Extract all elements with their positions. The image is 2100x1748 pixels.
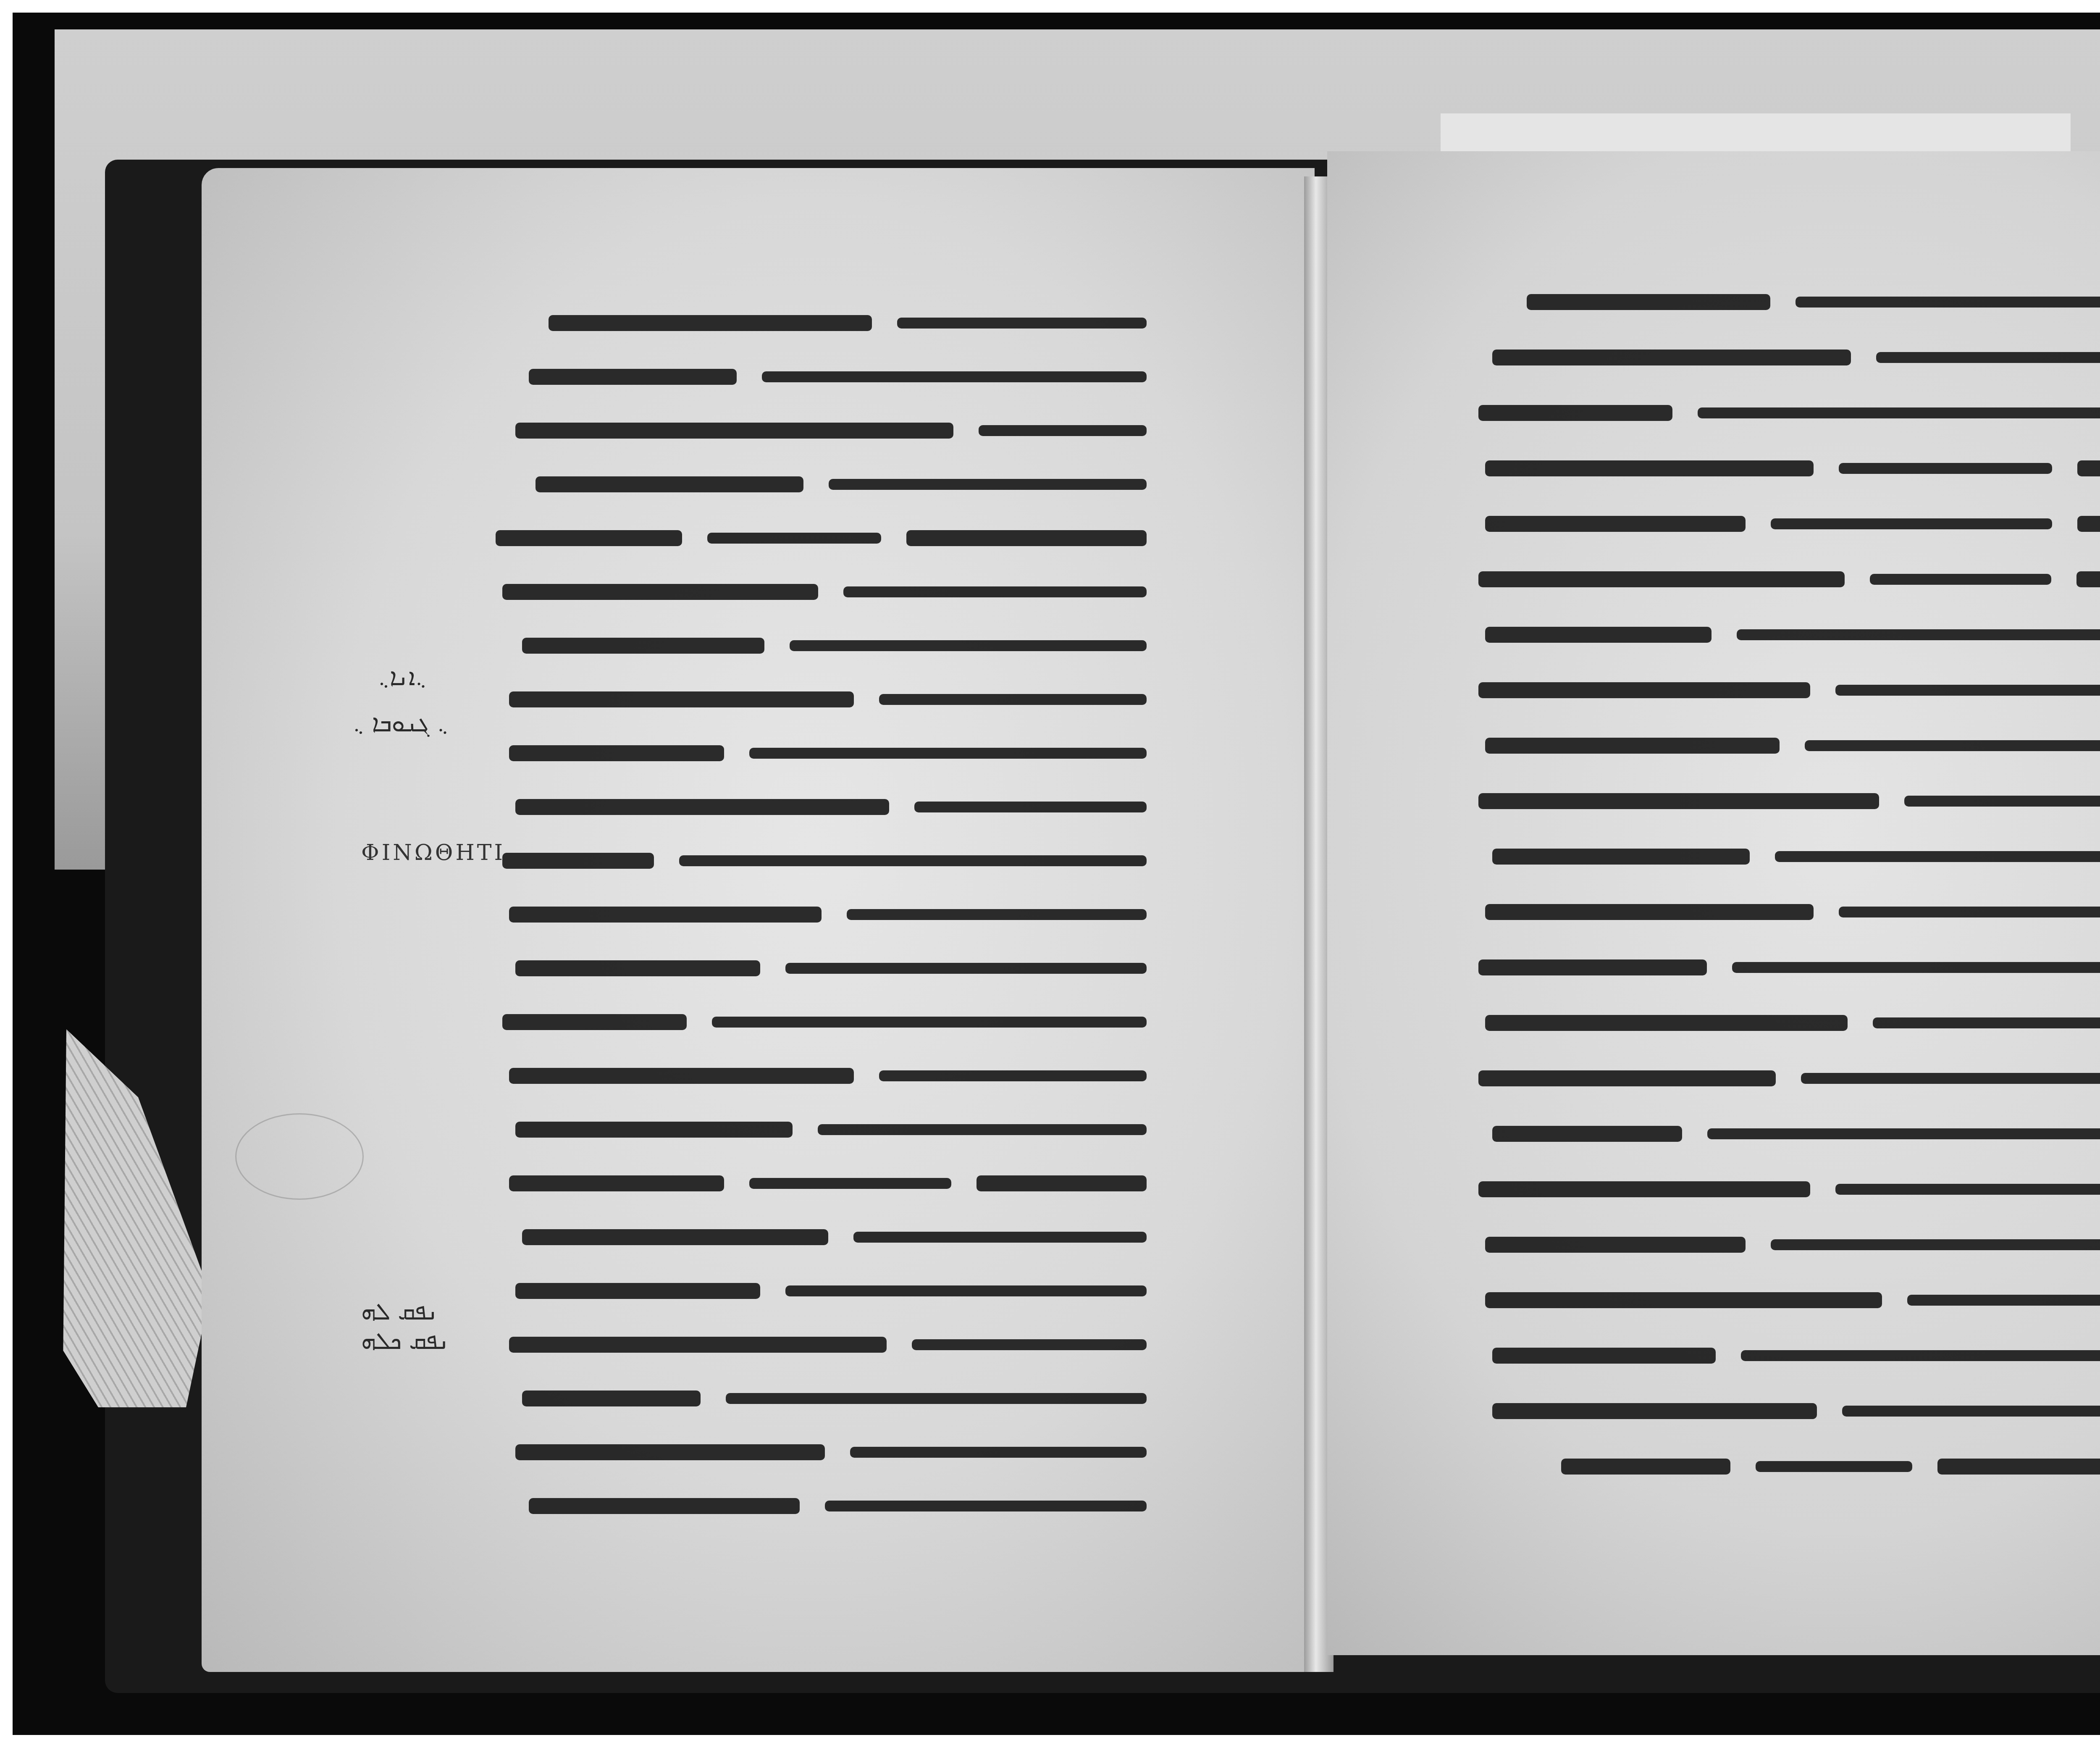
ink-word-group <box>509 745 724 761</box>
manuscript-line <box>1478 1177 2100 1201</box>
ink-word-group <box>1795 297 2100 308</box>
ink-word-group <box>509 907 822 923</box>
ink-word-group <box>509 1337 887 1353</box>
manuscript-line <box>1478 623 2100 647</box>
left-text-column <box>496 311 1159 1529</box>
manuscript-line <box>1478 512 2100 536</box>
ink-word-group <box>1732 962 2100 973</box>
ink-word-group <box>853 1232 1147 1243</box>
ink-word-group <box>818 1124 1147 1135</box>
manuscript-line <box>496 1333 1159 1357</box>
ink-word-group <box>1698 407 2100 418</box>
ink-word-group <box>515 799 889 815</box>
ink-word-group <box>1835 685 2100 696</box>
manuscript-line <box>496 418 1159 443</box>
ink-word-group <box>1876 352 2100 363</box>
ink-word-group <box>502 853 654 869</box>
right-text-column <box>1478 290 2100 1508</box>
manuscript-line <box>1478 678 2100 702</box>
ink-word-group <box>1485 904 1814 920</box>
ink-word-group <box>509 1068 854 1084</box>
ink-word-group <box>549 315 871 331</box>
ink-word-group <box>762 371 1147 382</box>
manuscript-line <box>496 687 1159 712</box>
ink-word-group <box>1478 405 1672 421</box>
manuscript-line <box>1478 567 2100 591</box>
ink-word-group <box>1485 1292 1882 1308</box>
ink-word-group <box>843 586 1147 597</box>
ink-word-group <box>785 963 1147 974</box>
ink-word-group <box>1492 1348 1716 1364</box>
ink-word-group <box>1801 1073 2100 1084</box>
manuscript-line <box>496 849 1159 873</box>
ink-word-group <box>1492 849 1750 865</box>
ink-word-group <box>749 748 1147 759</box>
ink-word-group <box>2076 571 2100 587</box>
ink-word-group <box>1907 1295 2100 1306</box>
manuscript-line <box>1478 1343 2100 1368</box>
left-page: ܆ܐܢܐ܆ ܆ ܓܢܘܒܐ ܆ ΦΙΝΩΘΗΤΙ ܢܦܩ ܠܗ ܢܦܩ ܟܠܗ <box>202 168 1315 1672</box>
ink-word-group <box>522 638 764 654</box>
manuscript-line <box>496 1225 1159 1249</box>
ink-word-group <box>850 1447 1147 1458</box>
ink-word-group <box>1492 350 1851 365</box>
manuscript-line <box>1478 789 2100 813</box>
ink-word-group <box>1870 574 2051 585</box>
manuscript-line <box>1478 1122 2100 1146</box>
ink-word-group <box>847 909 1147 920</box>
water-stain <box>235 1113 364 1200</box>
ink-word-group <box>1839 463 2052 474</box>
ink-word-group <box>2077 460 2100 476</box>
ink-word-group <box>712 1017 1147 1028</box>
ink-word-group <box>1485 460 1814 476</box>
ink-word-group <box>509 691 854 707</box>
ink-word-group <box>522 1229 828 1245</box>
manuscript-line <box>496 741 1159 765</box>
ink-word-group <box>879 694 1147 705</box>
ink-word-group <box>529 1498 800 1514</box>
ink-word-group <box>1485 738 1780 754</box>
ink-word-group <box>515 423 953 439</box>
manuscript-line <box>496 902 1159 927</box>
ink-word-group <box>979 425 1147 436</box>
ink-word-group <box>1805 740 2100 751</box>
manuscript-line <box>496 1494 1159 1518</box>
ink-word-group <box>1835 1184 2100 1195</box>
manuscript-line <box>496 1117 1159 1142</box>
manuscript-line <box>1478 456 2100 481</box>
ink-word-group <box>1707 1128 2100 1139</box>
ink-word-group <box>1485 1237 1745 1253</box>
ink-word-group <box>1842 1406 2100 1417</box>
ink-word-group <box>515 960 760 976</box>
ink-word-group <box>1737 629 2100 640</box>
manuscript-line <box>1478 844 2100 869</box>
ink-word-group <box>496 530 682 546</box>
manuscript-line <box>1478 1011 2100 1035</box>
ink-word-group <box>502 584 818 600</box>
manuscript-line <box>496 1440 1159 1464</box>
left-margin-note-1: ܆ܐܢܐ܆ <box>378 664 427 691</box>
ink-word-group <box>529 369 737 385</box>
manuscript-line <box>1478 1399 2100 1423</box>
ink-word-group <box>509 1175 724 1191</box>
manuscript-line <box>496 633 1159 658</box>
manuscript-line <box>496 526 1159 550</box>
ink-word-group <box>825 1501 1147 1511</box>
manuscript-line <box>496 1064 1159 1088</box>
manuscript-line <box>496 580 1159 604</box>
manuscript-line <box>1478 1454 2100 1479</box>
ink-word-group <box>1492 1126 1682 1142</box>
manuscript-line <box>1478 1066 2100 1091</box>
ink-word-group <box>1771 1239 2100 1250</box>
ink-word-group <box>1478 793 1879 809</box>
left-margin-note-2: ܆ ܓܢܘܒܐ ܆ <box>353 710 449 738</box>
ink-word-group <box>790 640 1147 651</box>
manuscript-line <box>496 1010 1159 1034</box>
ink-word-group <box>906 530 1147 546</box>
ink-word-group <box>1839 907 2100 917</box>
ink-word-group <box>914 802 1147 812</box>
ink-word-group <box>912 1339 1147 1350</box>
ink-word-group <box>1485 627 1711 643</box>
ink-word-group <box>1485 1015 1848 1031</box>
ink-word-group <box>1492 1403 1817 1419</box>
ink-word-group <box>976 1175 1147 1191</box>
left-margin-note-4: ܢܦܩ ܟܠܗ <box>361 1327 449 1355</box>
ink-word-group <box>726 1393 1147 1404</box>
ink-word-group <box>1478 1181 1810 1197</box>
ink-word-group <box>829 479 1147 490</box>
manuscript-line <box>496 956 1159 980</box>
right-page: ܗܘܐ ܐܝܬܝܗ ܆ ܟܬܒ ܘܥܠ <box>1327 151 2100 1655</box>
ink-word-group <box>1741 1350 2100 1361</box>
ink-word-group <box>1904 796 2100 807</box>
ink-word-group <box>515 1444 824 1460</box>
ink-word-group <box>707 533 881 544</box>
manuscript-line <box>1478 900 2100 924</box>
manuscript-line <box>1478 955 2100 980</box>
manuscript-line <box>1478 1288 2100 1312</box>
manuscript-line <box>496 311 1159 335</box>
ink-word-group <box>1478 1070 1776 1086</box>
manuscript-line <box>496 1171 1159 1196</box>
ink-word-group <box>1873 1017 2100 1028</box>
manuscript-line <box>1478 733 2100 758</box>
manuscript-line <box>1478 290 2100 314</box>
ink-word-group <box>2077 516 2100 532</box>
ink-word-group <box>1527 294 1770 310</box>
manuscript-line <box>496 1279 1159 1303</box>
manuscript-line <box>1478 1233 2100 1257</box>
ink-word-group <box>1771 518 2053 529</box>
manuscript-line <box>496 1386 1159 1411</box>
ink-word-group <box>502 1014 687 1030</box>
manuscript-line <box>496 795 1159 819</box>
ink-word-group <box>1478 682 1810 698</box>
ink-word-group <box>515 1283 760 1299</box>
ink-word-group <box>1937 1459 2100 1475</box>
ink-word-group <box>1485 516 1745 532</box>
ink-word-group <box>785 1285 1147 1296</box>
left-margin-greek: ΦΙΝΩΘΗΤΙ <box>361 840 505 865</box>
ink-word-group <box>515 1122 793 1138</box>
ink-word-group <box>1478 571 1845 587</box>
ink-word-group <box>897 318 1147 329</box>
ink-word-group <box>1561 1459 1730 1475</box>
ink-word-group <box>1756 1461 1912 1472</box>
manuscript-line <box>1478 401 2100 425</box>
left-margin-note-3: ܢܦܩ ܠܗ <box>361 1298 438 1326</box>
manuscript-line <box>1478 345 2100 370</box>
ink-word-group <box>749 1178 952 1189</box>
ink-word-group <box>879 1070 1147 1081</box>
ink-word-group <box>522 1391 701 1406</box>
manuscript-line <box>496 472 1159 497</box>
ink-word-group <box>1775 851 2100 862</box>
manuscript-line <box>496 365 1159 389</box>
ink-word-group <box>535 476 803 492</box>
ink-word-group <box>1478 959 1707 975</box>
ink-word-group <box>679 855 1147 866</box>
